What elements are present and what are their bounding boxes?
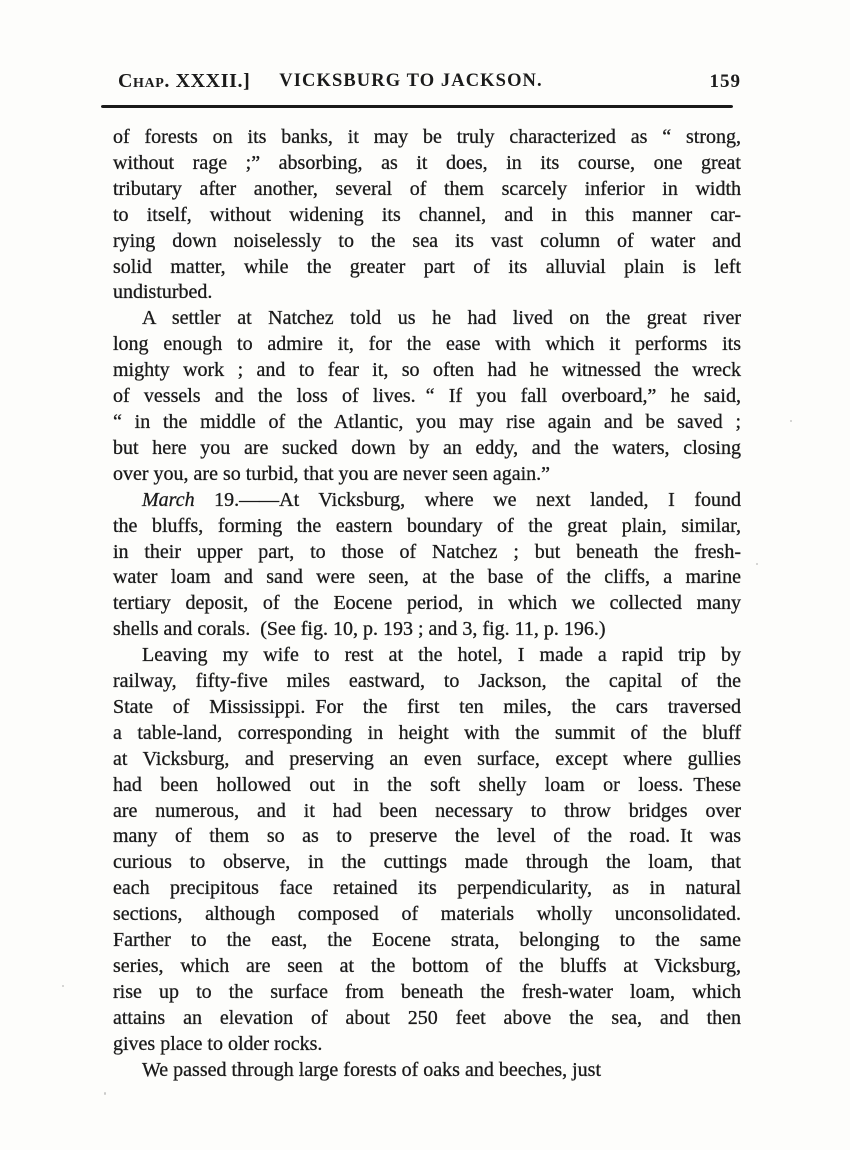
text-line: of forests on its banks, it may be truly… — [113, 125, 741, 151]
page-number: 159 — [710, 71, 742, 93]
book-page: Chap. XXXII.] VICKSBURG TO JACKSON. 159 … — [0, 0, 850, 1150]
text-line: water loam and sand were seen, at the ba… — [113, 565, 741, 591]
text-line: shells and corals. (See fig. 10, p. 193 … — [113, 617, 741, 643]
text-line: but here you are sucked down by an eddy,… — [113, 436, 741, 462]
text-line: had been hollowed out in the soft shelly… — [113, 773, 741, 799]
text-line: rying down noiselessly to the sea its va… — [113, 229, 741, 255]
text-line: attains an elevation of about 250 feet a… — [113, 1006, 741, 1032]
page-header: Chap. XXXII.] VICKSBURG TO JACKSON. 159 — [113, 70, 741, 96]
page-content: Chap. XXXII.] VICKSBURG TO JACKSON. 159 … — [113, 70, 741, 1084]
paragraph: A settler at Natchez told us he had live… — [113, 306, 741, 487]
paragraph: March 19.——At Vicksburg, where we next l… — [113, 488, 741, 643]
text-line: March 19.——At Vicksburg, where we next l… — [113, 488, 741, 514]
text-line: are numerous, and it had been necessary … — [113, 799, 741, 825]
text-line: gives place to older rocks. — [113, 1032, 741, 1058]
scan-speck — [104, 1092, 106, 1095]
text-line: Farther to the east, the Eocene strata, … — [113, 928, 741, 954]
text-line: Leaving my wife to rest at the hotel, I … — [113, 643, 741, 669]
text-line: at Vicksburg, and preserving an even sur… — [113, 747, 741, 773]
text-line: “ in the middle of the Atlantic, you may… — [113, 410, 741, 436]
text-line: railway, fifty-five miles eastward, to J… — [113, 669, 741, 695]
text-line: A settler at Natchez told us he had live… — [113, 306, 741, 332]
text-line: We passed through large forests of oaks … — [113, 1058, 741, 1084]
text-line: curious to observe, in the cuttings made… — [113, 850, 741, 876]
text-line: to itself, without widening its channel,… — [113, 203, 741, 229]
running-title: VICKSBURG TO JACKSON. — [279, 71, 542, 92]
text-line: series, which are seen at the bottom of … — [113, 954, 741, 980]
scan-speck — [756, 563, 758, 565]
text-line: mighty work ; and to fear it, so often h… — [113, 358, 741, 384]
text-line: without rage ;” absorbing, as it does, i… — [113, 151, 741, 177]
text-line: the bluffs, forming the eastern boundary… — [113, 514, 741, 540]
text-line: tributary after another, several of them… — [113, 177, 741, 203]
text-line: over you, are so turbid, that you are ne… — [113, 462, 741, 488]
paragraph: We passed through large forests of oaks … — [113, 1058, 741, 1084]
chapter-label: Chap. XXXII.] — [118, 70, 250, 93]
text-line: sections, although composed of materials… — [113, 902, 741, 928]
text-line: many of them so as to preserve the level… — [113, 824, 741, 850]
scan-speck — [790, 420, 792, 422]
paragraph: Leaving my wife to rest at the hotel, I … — [113, 643, 741, 1058]
text-line: tertiary deposit, of the Eocene period, … — [113, 591, 741, 617]
text-line: a table-land, corresponding in height wi… — [113, 721, 741, 747]
text-line: of vessels and the loss of lives. “ If y… — [113, 384, 741, 410]
text-line: long enough to admire it, for the ease w… — [113, 332, 741, 358]
text-line: in their upper part, to those of Natchez… — [113, 540, 741, 566]
header-rule — [101, 105, 733, 108]
text-line: rise up to the surface from beneath the … — [113, 980, 741, 1006]
scan-speck — [62, 985, 64, 987]
text-line: State of Mississippi. For the first ten … — [113, 695, 741, 721]
page-body: of forests on its banks, it may be truly… — [113, 125, 741, 1084]
text-line: undisturbed. — [113, 280, 741, 306]
text-line: each precipitous face retained its perpe… — [113, 876, 741, 902]
paragraph: of forests on its banks, it may be truly… — [113, 125, 741, 306]
text-line: solid matter, while the greater part of … — [113, 255, 741, 281]
